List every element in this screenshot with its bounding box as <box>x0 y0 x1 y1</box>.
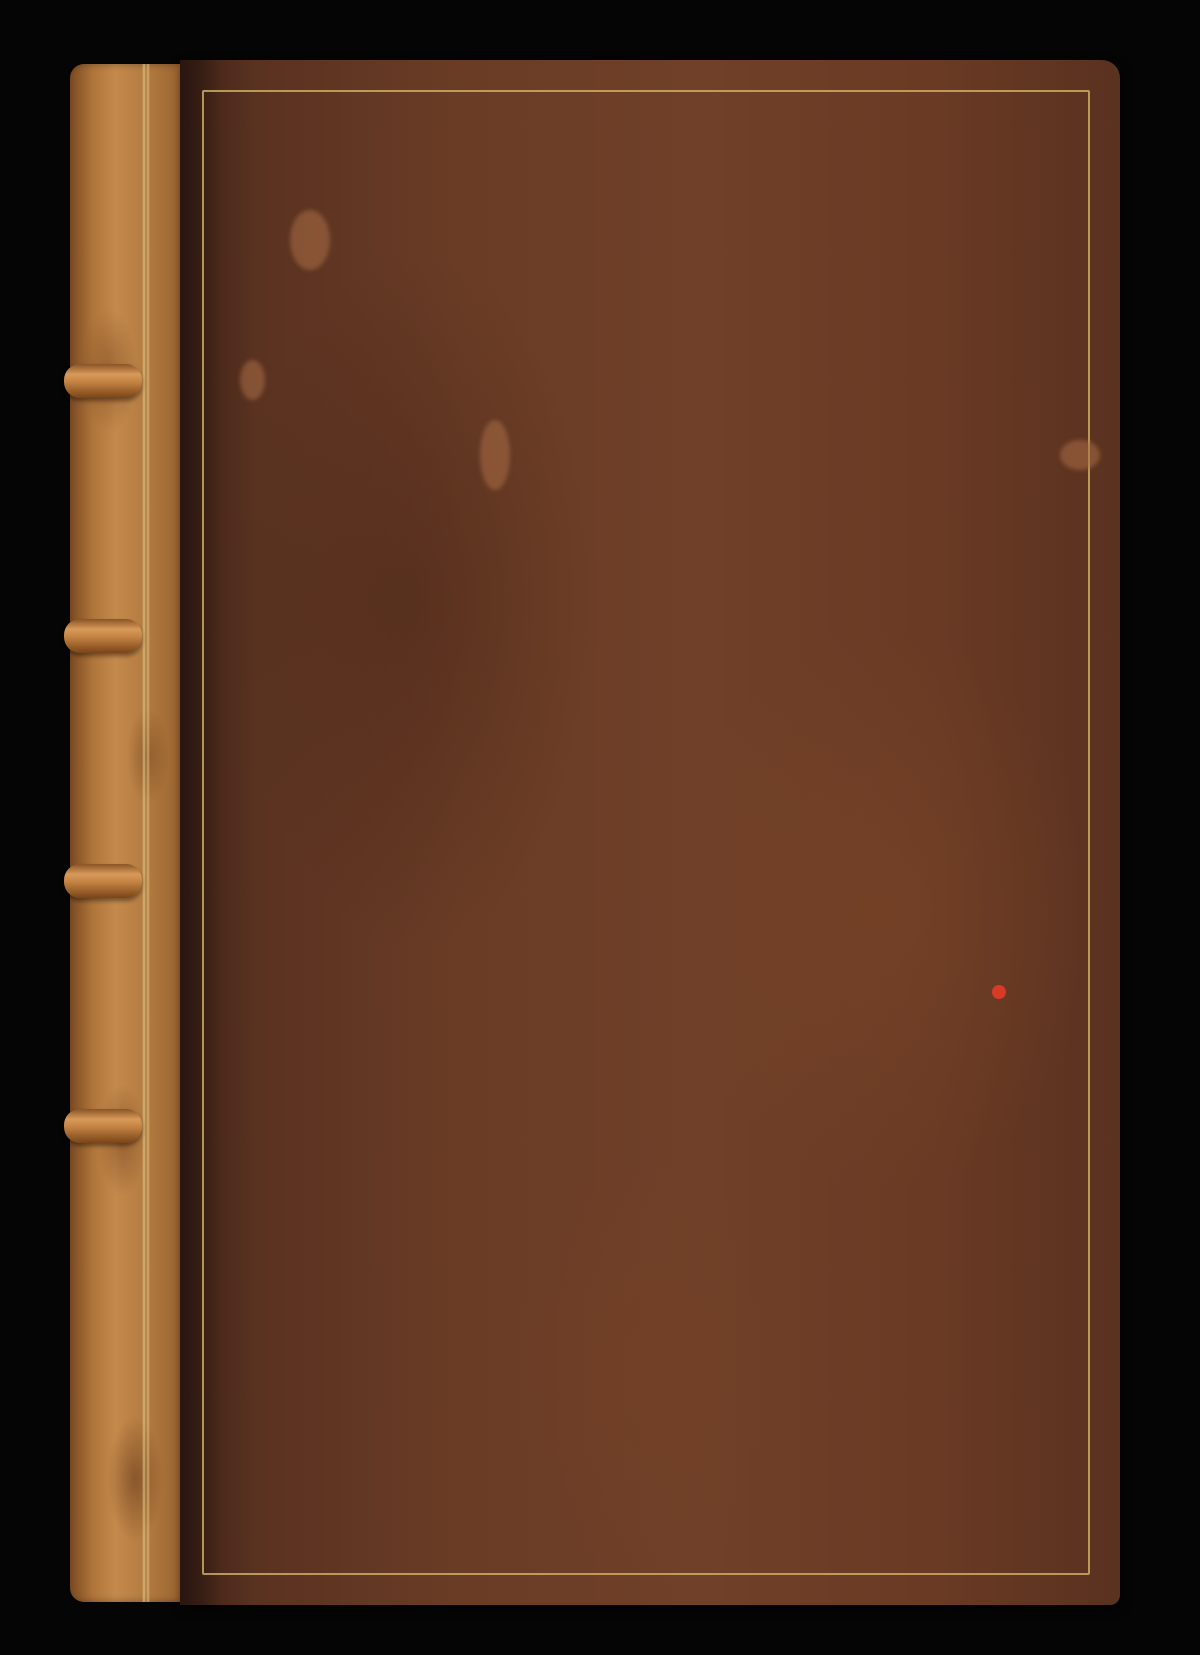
leather-scuff <box>290 210 330 270</box>
raised-band <box>64 864 142 898</box>
raised-band <box>64 619 142 653</box>
leather-scuff <box>240 360 265 400</box>
raised-band <box>64 1109 142 1143</box>
leather-scuff <box>480 420 510 490</box>
red-wax-spot <box>992 985 1006 999</box>
gilt-fillet <box>142 64 152 1602</box>
leather-scuff <box>1060 440 1100 470</box>
raised-band <box>64 364 142 398</box>
book <box>70 60 1120 1605</box>
gilt-border-rule <box>202 90 1090 1575</box>
front-cover <box>180 60 1120 1605</box>
